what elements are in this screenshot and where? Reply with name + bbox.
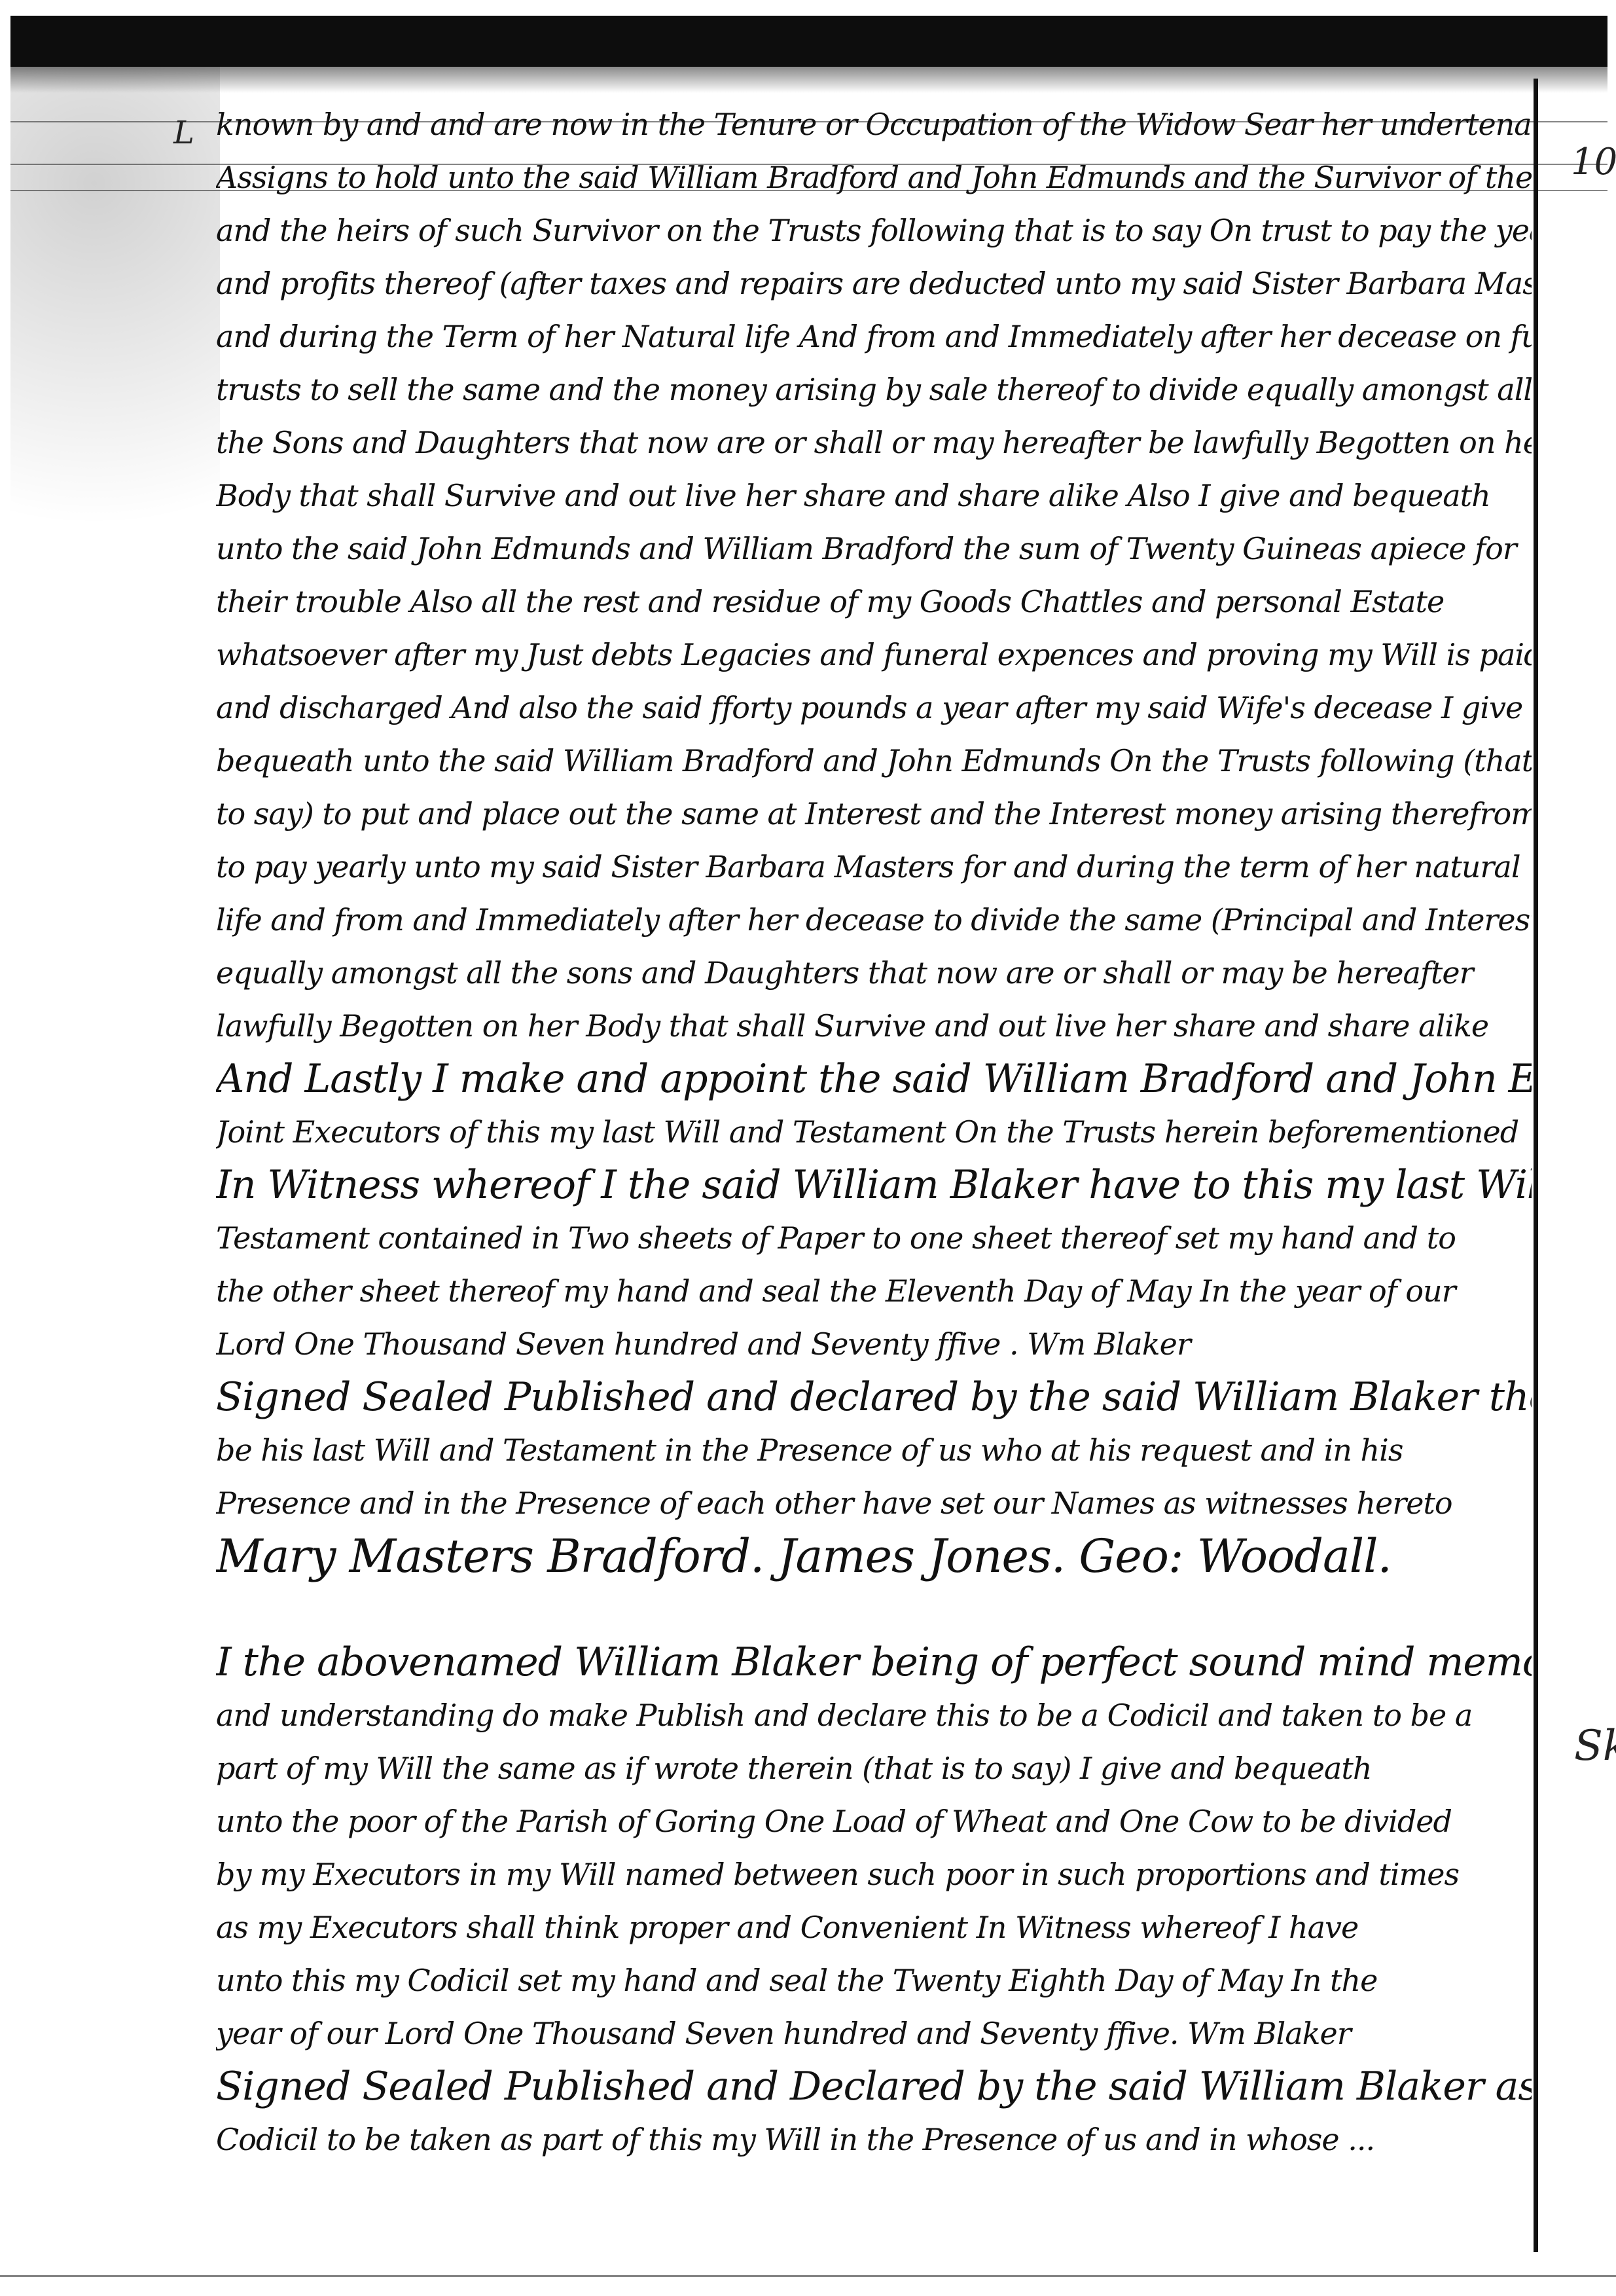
text-line: bequeath unto the said William Bradford … (216, 735, 1532, 788)
scan-bottom-edge (0, 2275, 1616, 2277)
text-line: life and from and Immediately after her … (216, 894, 1532, 947)
text-line: In Witness whereof I the said William Bl… (216, 1159, 1532, 1212)
text-line: and profits thereof (after taxes and rep… (216, 257, 1532, 310)
text-line: Presence and in the Presence of each oth… (216, 1477, 1532, 1530)
dark-scan-border (10, 16, 1607, 67)
text-line: by my Executors in my Will named between… (216, 1848, 1532, 1901)
text-line: be his last Will and Testament in the Pr… (216, 1424, 1532, 1477)
text-line: whatsoever after my Just debts Legacies … (216, 629, 1532, 682)
text-line: trusts to sell the same and the money ar… (216, 363, 1532, 416)
text-line: unto this my Codicil set my hand and sea… (216, 1954, 1532, 2007)
text-line: their trouble Also all the rest and resi… (216, 575, 1532, 629)
text-line: and the heirs of such Survivor on the Tr… (216, 204, 1532, 257)
text-line: Body that shall Survive and out live her… (216, 469, 1532, 522)
text-line: Signed Sealed Published and Declared by … (216, 2060, 1532, 2113)
text-line: And Lastly I make and appoint the said W… (216, 1053, 1532, 1106)
text-line: to say) to put and place out the same at… (216, 788, 1532, 841)
margin-note-left: L (173, 115, 194, 151)
text-line: Signed Sealed Published and declared by … (216, 1371, 1532, 1424)
margin-note-right-top: 10 (1571, 141, 1616, 183)
text-line: Lord One Thousand Seven hundred and Seve… (216, 1318, 1532, 1371)
text-line: as my Executors shall think proper and C… (216, 1901, 1532, 1954)
scanned-page: L 10 Sk known by and and are now in the … (0, 0, 1616, 2296)
text-line: and discharged And also the said fforty … (216, 682, 1532, 735)
text-line: unto the said John Edmunds and William B… (216, 522, 1532, 575)
text-line: to pay yearly unto my said Sister Barbar… (216, 841, 1532, 894)
margin-note-right-codicil: Sk (1574, 1722, 1616, 1770)
text-line: Joint Executors of this my last Will and… (216, 1106, 1532, 1159)
text-line: year of our Lord One Thousand Seven hund… (216, 2007, 1532, 2060)
codicil-opening: I the abovenamed William Blaker being of… (216, 1636, 1532, 1689)
text-line: Codicil to be taken as part of this my W… (216, 2113, 1532, 2166)
text-line: and understanding do make Publish and de… (216, 1689, 1532, 1742)
text-line: unto the poor of the Parish of Goring On… (216, 1795, 1532, 1848)
text-line: part of my Will the same as if wrote the… (216, 1742, 1532, 1795)
text-line: Testament contained in Two sheets of Pap… (216, 1212, 1532, 1265)
text-line: and during the Term of her Natural life … (216, 310, 1532, 363)
margin-rule (1534, 79, 1538, 2252)
will-text: known by and and are now in the Tenure o… (216, 98, 1532, 2166)
text-line: equally amongst all the sons and Daughte… (216, 947, 1532, 1000)
blank-line (216, 1583, 1532, 1636)
text-line: known by and and are now in the Tenure o… (216, 98, 1532, 151)
witness-signatures: Mary Masters Bradford. James Jones. Geo:… (216, 1530, 1532, 1583)
text-line: the other sheet thereof my hand and seal… (216, 1265, 1532, 1318)
text-line: Assigns to hold unto the said William Br… (216, 151, 1532, 204)
scan-noise (10, 65, 220, 655)
text-line: the Sons and Daughters that now are or s… (216, 416, 1532, 469)
text-line: lawfully Begotten on her Body that shall… (216, 1000, 1532, 1053)
